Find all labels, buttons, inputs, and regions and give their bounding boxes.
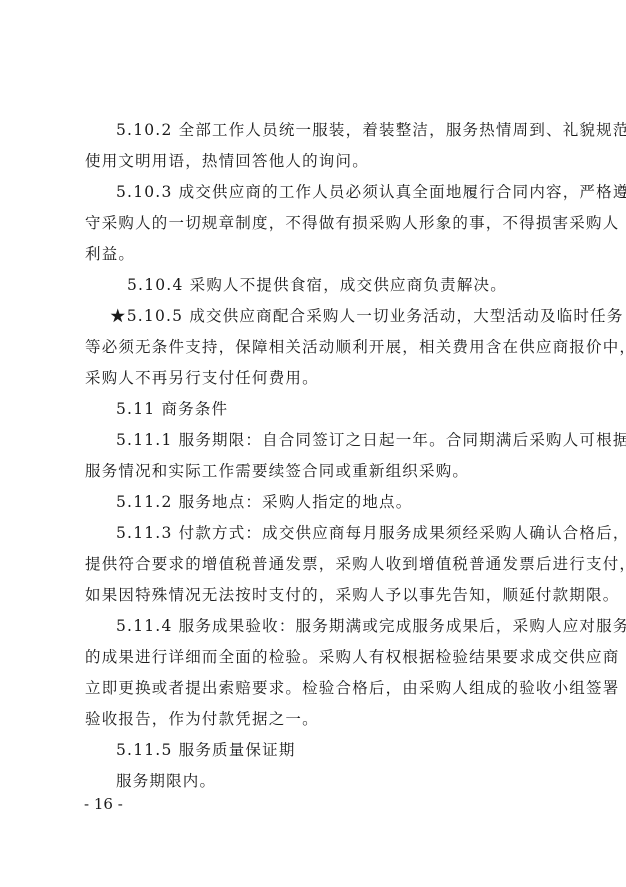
clause-5-11-4-line-4: 验收报告，作为付款凭据之一。 — [85, 709, 555, 729]
clause-5-11-4-line-1: 5.11.4 服务成果验收：服务期满或完成服务成果后，采购人应对服务 — [116, 616, 556, 636]
clause-5-11-5-heading: 5.11.5 服务质量保证期 — [116, 740, 556, 760]
page-number: - 16 - — [84, 794, 123, 814]
clause-5-10-3-line-2: 守采购人的一切规章制度，不得做有损采购人形象的事，不得损害采购人 — [85, 213, 555, 233]
clause-5-10-3-line-1: 5.10.3 成交供应商的工作人员必须认真全面地履行合同内容，严格遵 — [116, 182, 556, 202]
clause-5-11-3-line-2: 提供符合要求的增值税普通发票，采购人收到增值税普通发票后进行支付， — [85, 554, 555, 574]
clause-5-10-5-line-3: 采购人不再另行支付任何费用。 — [85, 368, 555, 388]
clause-5-10-2-line-1: 5.10.2 全部工作人员统一服装，着装整洁，服务热情周到、礼貌规范， — [116, 120, 556, 140]
section-5-11-heading: 5.11 商务条件 — [116, 399, 556, 419]
document-page: 5.10.2 全部工作人员统一服装，着装整洁，服务热情周到、礼貌规范， 使用文明… — [0, 0, 626, 887]
clause-5-11-4-line-3: 立即更换或者提出索赔要求。检验合格后，由采购人组成的验收小组签署 — [85, 678, 555, 698]
clause-5-11-2: 5.11.2 服务地点：采购人指定的地点。 — [116, 492, 556, 512]
clause-5-10-5-line-2: 等必须无条件支持，保障相关活动顺利开展，相关费用含在供应商报价中， — [85, 337, 555, 357]
clause-5-11-3-line-1: 5.11.3 付款方式：成交供应商每月服务成果须经采购人确认合格后， — [116, 523, 556, 543]
clause-5-11-1-line-2: 服务情况和实际工作需要续签合同或重新组织采购。 — [85, 461, 555, 481]
clause-5-11-1-line-1: 5.11.1 服务期限：自合同签订之日起一年。合同期满后采购人可根据 — [116, 430, 556, 450]
clause-5-10-3-line-3: 利益。 — [85, 244, 555, 264]
clause-5-11-5-body: 服务期限内。 — [116, 771, 556, 791]
clause-5-11-3-line-3: 如果因特殊情况无法按时支付的，采购人予以事先告知，顺延付款期限。 — [85, 585, 555, 605]
clause-5-10-5-line-1: ★5.10.5 成交供应商配合采购人一切业务活动，大型活动及临时任务 — [110, 306, 556, 326]
clause-5-11-4-line-2: 的成果进行详细而全面的检验。采购人有权根据检验结果要求成交供应商 — [85, 647, 555, 667]
clause-5-10-4: 5.10.4 采购人不提供食宿，成交供应商负责解决。 — [127, 275, 557, 295]
clause-5-10-2-line-2: 使用文明用语，热情回答他人的询问。 — [85, 151, 555, 171]
